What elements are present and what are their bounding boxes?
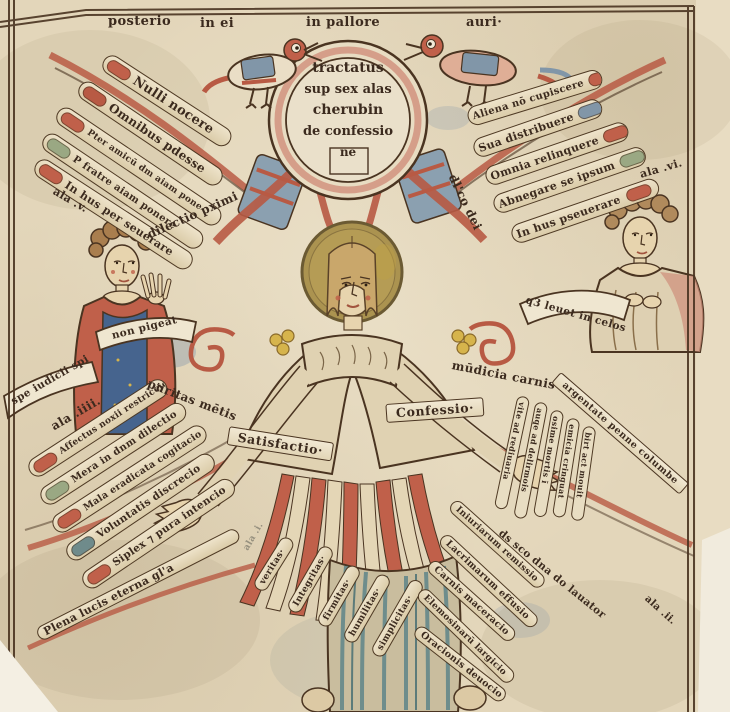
manuscript-page: posterio in ei in pallore auri· tractatu… xyxy=(0,0,730,712)
medallion-line: ne xyxy=(272,142,424,163)
medallion-line: de confessio xyxy=(272,121,424,142)
medallion-line: sup sex alas xyxy=(272,79,424,100)
medallion-line: tractatus xyxy=(272,58,424,79)
page-corner-right xyxy=(698,528,730,712)
top-inscription-in-pallore: in pallore xyxy=(306,15,380,30)
top-inscription-in-ei: in ei xyxy=(200,16,234,31)
medallion-title: tractatus sup sex alas cherubin de confe… xyxy=(272,58,424,163)
medallion-line: cherubin xyxy=(272,100,424,121)
top-inscription-auri: auri· xyxy=(466,15,502,30)
top-inscription-posteriora: posterio xyxy=(108,14,171,29)
